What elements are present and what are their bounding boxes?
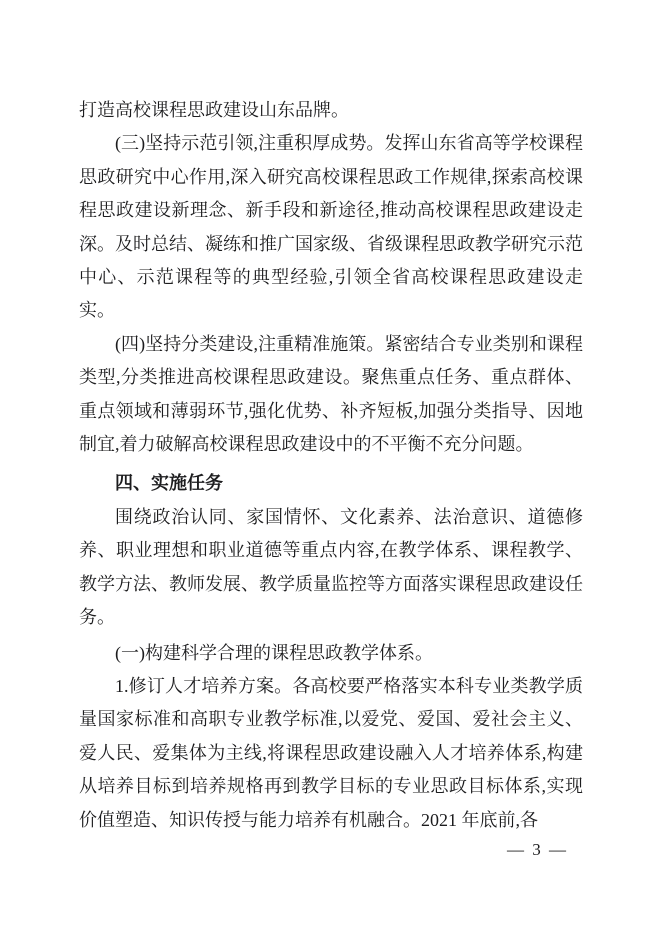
principle-4-lead: (四)坚持分类建设,注重精准施策。 bbox=[115, 334, 384, 354]
page-footer: — 3 — bbox=[507, 840, 568, 860]
paragraph-principle-4: (四)坚持分类建设,注重精准施策。紧密结合专业类别和课程类型,分类推进高校课程思… bbox=[79, 328, 583, 462]
document-body: 打造高校课程思政建设山东品牌。 (三)坚持示范引领,注重积厚成势。发挥山东省高等… bbox=[79, 94, 583, 837]
principle-3-lead: (三)坚持示范引领,注重积厚成势。 bbox=[115, 133, 384, 153]
section-heading-implementation-tasks: 四、实施任务 bbox=[79, 467, 583, 500]
paragraph-continuation: 打造高校课程思政建设山东品牌。 bbox=[79, 94, 583, 127]
paragraph-principle-3: (三)坚持示范引领,注重积厚成势。发挥山东省高等学校课程思政研究中心作用,深入研… bbox=[79, 127, 583, 327]
paragraph-tasks-overview: 围绕政治认同、家国情怀、文化素养、法治意识、道德修养、职业理想和职业道德等重点内… bbox=[79, 501, 583, 635]
paragraph-task-1: 1.修订人才培养方案。各高校要严格落实本科专业类教学质量国家标准和高职专业教学标… bbox=[79, 670, 583, 837]
principle-3-body: 发挥山东省高等学校课程思政研究中心作用,深入研究高校课程思政工作规律,探索高校课… bbox=[79, 133, 583, 320]
task-1-lead: 1.修订人才培养方案。 bbox=[115, 676, 292, 696]
task-1-body: 各高校要严格落实本科专业类教学质量国家标准和高职专业教学标准,以爱党、爱国、爱社… bbox=[79, 676, 583, 830]
page-number: — 3 — bbox=[507, 840, 568, 859]
subsection-heading-teaching-system: (一)构建科学合理的课程思政教学体系。 bbox=[79, 637, 583, 670]
document-page: 打造高校课程思政建设山东品牌。 (三)坚持示范引领,注重积厚成势。发挥山东省高等… bbox=[0, 0, 668, 930]
